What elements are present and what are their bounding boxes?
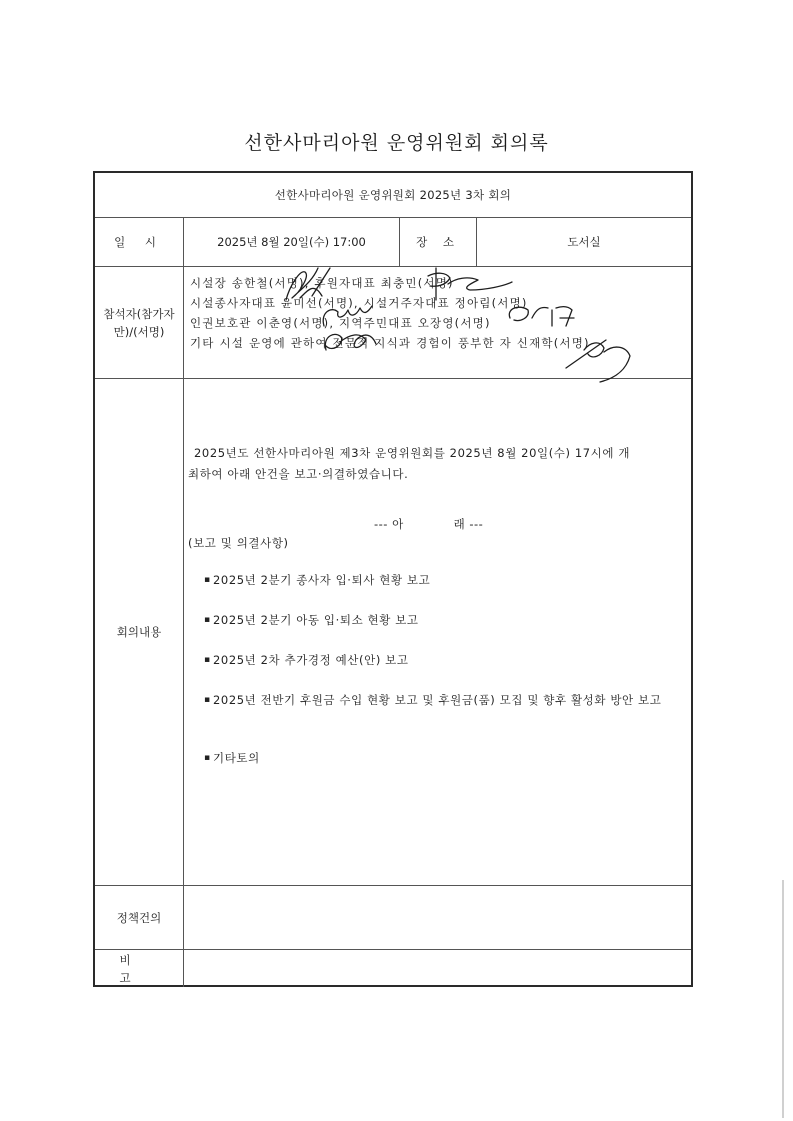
bullet-icon: ▪ — [204, 614, 213, 627]
bullet-icon: ▪ — [204, 574, 213, 587]
attendees-list: 시설장 송한철(서명), 후원자대표 최충민(서명) 시설종사자대표 윤미선(서… — [190, 273, 687, 353]
attendees-row: 참석자(참가자 만)/(서명) 시설장 송한철(서명), 후원자대표 최충민(서… — [95, 267, 691, 379]
agenda-item: ▪ 2025년 2분기 종사자 입·퇴사 현황 보고 — [204, 574, 677, 587]
date-place-row: 일 시 2025년 8월 20일(수) 17:00 장 소 도서실 — [95, 218, 691, 267]
meeting-heading-row: 선한사마리아원 운영위원회 2025년 3차 회의 — [95, 173, 691, 218]
attendee-line: 시설종사자대표 윤미선(서명), 시설거주자대표 정아림(서명) — [190, 293, 687, 313]
separator-text: --- 아 래 --- — [374, 516, 483, 532]
agenda-item: ▪ 2025년 2분기 아동 입·퇴소 현황 보고 — [204, 614, 677, 627]
agenda-item: ▪ 2025년 2차 추가경정 예산(안) 보고 — [204, 654, 677, 667]
agenda-text: 2025년 2분기 아동 입·퇴소 현황 보고 — [213, 614, 677, 627]
attendees-label-line2: 만)/(서명) — [114, 323, 165, 341]
intro-line-1: 2025년도 선한사마리아원 제3차 운영위원회를 2025년 8월 20일(수… — [194, 443, 685, 464]
agenda-text: 2025년 2차 추가경정 예산(안) 보고 — [213, 654, 677, 667]
place-label: 장 소 — [400, 218, 477, 266]
attendee-line: 인권보호관 이춘영(서명), 지역주민대표 오장영(서명) — [190, 313, 687, 333]
content-body: 2025년도 선한사마리아원 제3차 운영위원회를 2025년 8월 20일(수… — [188, 379, 687, 885]
minutes-table: 선한사마리아원 운영위원회 2025년 3차 회의 일 시 2025년 8월 2… — [93, 171, 693, 987]
note-row: 비 고 — [95, 950, 691, 987]
date-value: 2025년 8월 20일(수) 17:00 — [184, 218, 400, 266]
attendee-line: 기타 시설 운영에 관하여 전문적 지식과 경험이 풍부한 자 신재학(서명) — [190, 333, 687, 353]
place-value: 도서실 — [477, 218, 691, 266]
policy-value — [184, 886, 691, 949]
meeting-heading: 선한사마리아원 운영위원회 2025년 3차 회의 — [95, 173, 691, 217]
agenda-text: 2025년 전반기 후원금 수입 현황 보고 및 후원금(품) 모집 및 향후 … — [213, 694, 677, 707]
policy-row: 정책건의 — [95, 886, 691, 950]
intro-line-2: 최하여 아래 안건을 보고·의결하였습니다. — [188, 464, 685, 485]
attendee-line: 시설장 송한철(서명), 후원자대표 최충민(서명) — [190, 273, 687, 293]
bullet-icon: ▪ — [204, 752, 213, 765]
scan-edge-line — [782, 880, 784, 1118]
agenda-text: 기타토의 — [213, 752, 677, 765]
content-row: 회의내용 2025년도 선한사마리아원 제3차 운영위원회를 2025년 8월 … — [95, 379, 691, 886]
bullet-icon: ▪ — [204, 654, 213, 667]
bullet-icon: ▪ — [204, 694, 213, 707]
date-label: 일 시 — [95, 218, 184, 266]
note-label: 비 고 — [95, 950, 184, 987]
note-value — [184, 950, 691, 987]
policy-label: 정책건의 — [95, 886, 184, 949]
content-label: 회의내용 — [95, 379, 184, 885]
document-title: 선한사마리아원 운영위원회 회의록 — [0, 128, 793, 155]
agenda-item: ▪ 2025년 전반기 후원금 수입 현황 보고 및 후원금(품) 모집 및 향… — [204, 694, 677, 707]
agenda-item: ▪ 기타토의 — [204, 752, 677, 765]
attendees-label: 참석자(참가자 만)/(서명) — [95, 267, 184, 378]
intro-paragraph: 2025년도 선한사마리아원 제3차 운영위원회를 2025년 8월 20일(수… — [194, 443, 685, 485]
agenda-text: 2025년 2분기 종사자 입·퇴사 현황 보고 — [213, 574, 677, 587]
attendees-label-line1: 참석자(참가자 — [103, 305, 174, 323]
section-label: (보고 및 의결사항) — [188, 535, 289, 551]
